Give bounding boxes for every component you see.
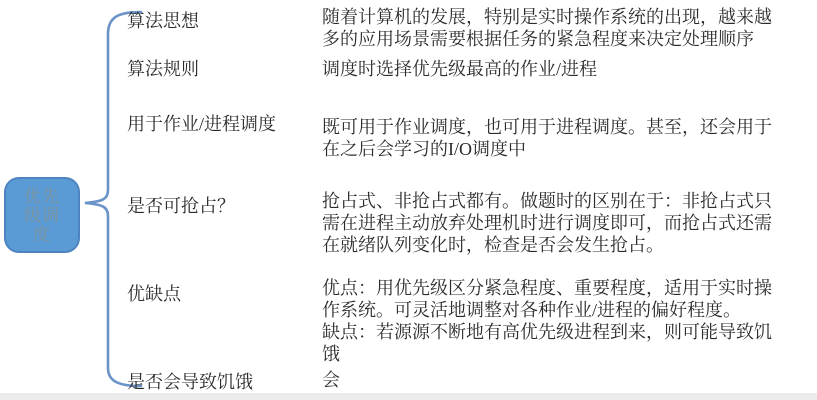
branch-label: 用于作业/进程调度 (127, 113, 317, 135)
branch-value: 优点：用优先级区分紧急程度、重要程度，适用于实时操 作系统。可灵活地调整对各种作… (322, 277, 810, 365)
slide-bottom-edge (0, 393, 817, 400)
branch-value: 随着计算机的发展，特别是实时操作系统的出现，越来越 多的应用场景需要根据任务的紧… (322, 6, 810, 50)
branch-value: 抢占式、非抢占式都有。做题时的区别在于：非抢占式只 需在进程主动放弃处理机时进行… (322, 190, 810, 256)
mindmap-priority-scheduling: 优先 级调 度 算法思想 随着计算机的发展，特别是实时操作系统的出现，越来越 多… (0, 0, 817, 400)
branch-label: 是否可抢占？ (127, 195, 317, 217)
root-node-label: 优先 级调 度 (24, 187, 60, 244)
root-node-priority-scheduling: 优先 级调 度 (4, 177, 80, 253)
branch-label: 算法思想 (127, 10, 317, 32)
branch-value: 既可用于作业调度，也可用于进程调度。甚至，还会用于 在之后会学习的I/O调度中 (322, 116, 810, 160)
branch-label: 算法规则 (127, 58, 317, 80)
branch-label: 是否会导致饥饿 (127, 371, 317, 393)
branch-label: 优缺点 (127, 283, 317, 305)
branch-value: 调度时选择优先级最高的作业/进程 (322, 58, 810, 80)
branch-value: 会 (322, 369, 810, 391)
